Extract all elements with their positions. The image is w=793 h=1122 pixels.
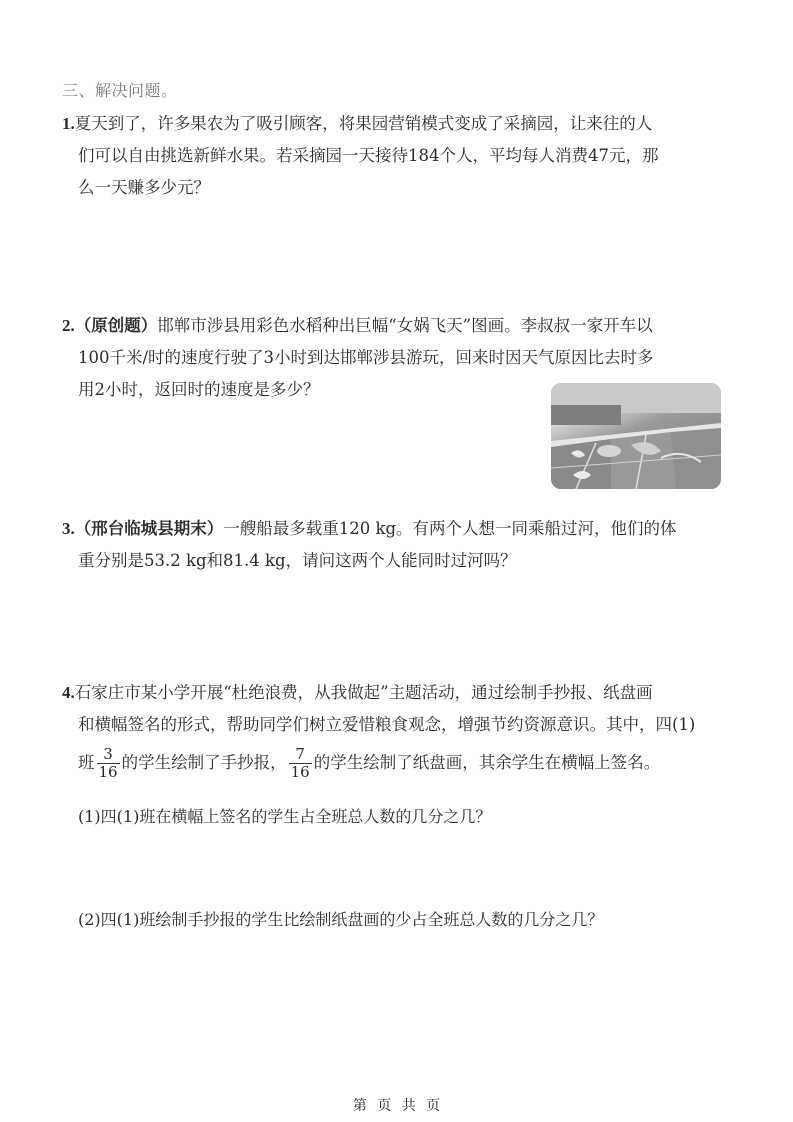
question-text-line: 么一天赚多少元？ [62, 172, 730, 204]
numerator: 3 [97, 746, 120, 764]
denominator: 16 [289, 764, 312, 781]
subquestion-1: (1)四(1)班在横幅上签名的学生占全班总人数的几分之几？ [78, 802, 491, 832]
question-source-tag: （邢台临城县期末） [75, 519, 224, 538]
question-3: 3.（邢台临城县期末）一艘船最多载重120 kg。有两个人想一同乘船过河，他们的… [62, 513, 730, 577]
question-text-line: 邯郸市涉县用彩色水稻种出巨幅“女娲飞天”图画。李叔叔一家开车以 [157, 316, 652, 335]
numerator: 7 [289, 746, 312, 764]
question-text-line: 100千米/时的速度行驶了3小时到达邯郸涉县游玩，回来时因天气原因比去时多 [62, 342, 730, 374]
question-number: 4. [62, 683, 75, 702]
question-1: 1.夏天到了，许多果农为了吸引顾客，将果园营销模式变成了采摘园，让来往的人 们可… [62, 108, 730, 204]
subquestion-2: (2)四(1)班绘制手抄报的学生比绘制纸盘画的少占全班总人数的几分之几？ [78, 905, 603, 935]
question-text-line: 石家庄市某小学开展“杜绝浪费，从我做起”主题活动，通过绘制手抄报、纸盘画 [75, 683, 653, 702]
text-fragment: 的学生绘制了手抄报， [122, 753, 287, 772]
text-fragment: 班 [78, 753, 95, 772]
text-fragment: 的学生绘制了纸盘画，其余学生在横幅上签名。 [314, 753, 661, 772]
aerial-photo-illustration [551, 383, 721, 489]
question-text-line: 重分别是53.2 kg和81.4 kg，请问这两个人能同时过河吗？ [62, 545, 730, 577]
question-4: 4.石家庄市某小学开展“杜绝浪费，从我做起”主题活动，通过绘制手抄报、纸盘画 和… [62, 677, 730, 785]
aerial-photo [551, 383, 721, 489]
denominator: 16 [97, 764, 120, 781]
question-text-line: 们可以自由挑选新鲜水果。若采摘园一天接待184个人，平均每人消费47元，那 [62, 140, 730, 172]
question-text-line: 和横幅签名的形式，帮助同学们树立爱惜粮食观念，增强节约资源意识。其中，四(1) [62, 709, 730, 741]
question-number: 1. [62, 114, 75, 133]
question-source-tag: （原创题） [75, 316, 158, 335]
page-footer: 第 页 共 页 [0, 1095, 793, 1115]
question-text-line-with-fractions: 班316的学生绘制了手抄报，716的学生绘制了纸盘画，其余学生在横幅上签名。 [62, 741, 730, 785]
question-number: 3. [62, 519, 75, 538]
question-text-line: 夏天到了，许多果农为了吸引顾客，将果园营销模式变成了采摘园，让来往的人 [75, 114, 653, 133]
question-number: 2. [62, 316, 75, 335]
section-title: 三、解决问题。 [62, 78, 178, 101]
fraction-7-16: 716 [289, 746, 312, 781]
fraction-3-16: 316 [97, 746, 120, 781]
question-text-line: 一艘船最多载重120 kg。有两个人想一同乘船过河，他们的体 [223, 519, 676, 538]
